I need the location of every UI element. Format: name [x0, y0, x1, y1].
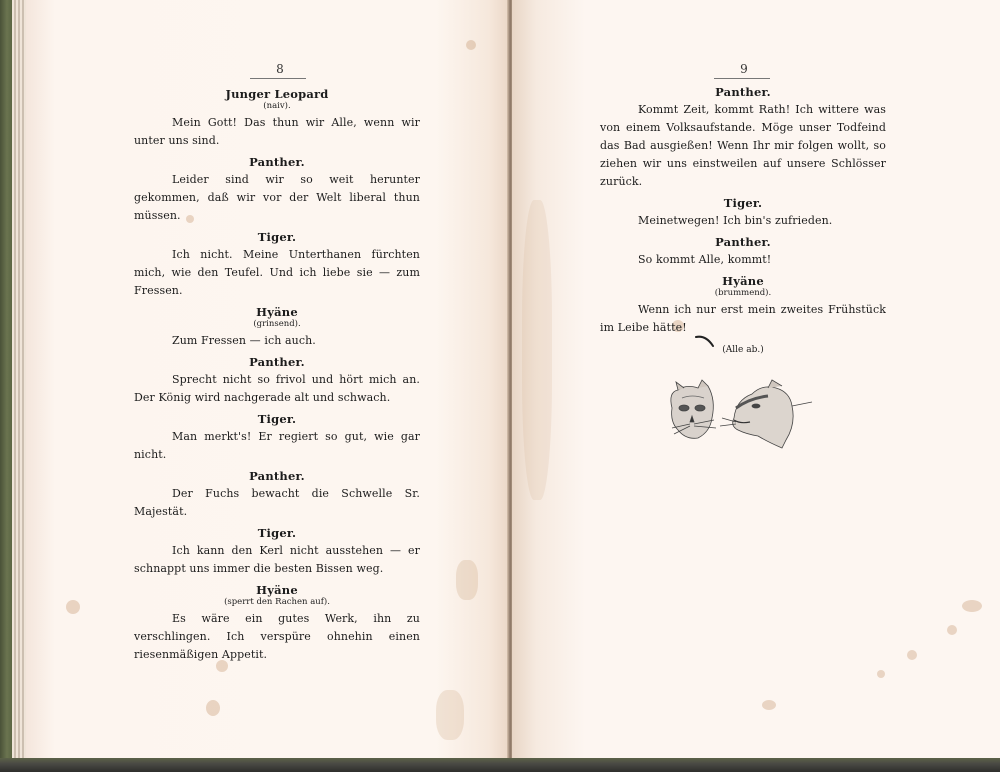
dialogue-block: Hyäne (sperrt den Rachen auf). Es wäre e… — [134, 582, 420, 664]
speech-text: Zum Fressen — ich auch. — [134, 332, 420, 350]
left-page-text: Junger Leopard (naiv). Mein Gott! Das th… — [134, 86, 420, 668]
dialogue-block: Tiger. Meinetwegen! Ich bin's zufrieden. — [600, 195, 886, 230]
dialogue-block: Tiger. Ich nicht. Meine Unterthanen fürc… — [134, 229, 420, 300]
speech-text: Wenn ich nur erst mein zweites Frühstück… — [600, 301, 886, 337]
ink-stroke-icon — [694, 334, 716, 348]
speech-text: Ich nicht. Meine Unterthanen fürchten mi… — [134, 246, 420, 300]
stage-direction: (naiv). — [134, 101, 420, 112]
page-number-left: 8 — [250, 62, 310, 76]
speech-text: Mein Gott! Das thun wir Alle, wenn wir u… — [134, 114, 420, 150]
speaker-name: Panther. — [134, 154, 420, 171]
book-bottom-edge — [0, 758, 1000, 772]
dialogue-block: Panther. Der Fuchs bewacht die Schwelle … — [134, 468, 420, 521]
speech-text: Man merkt's! Er regiert so gut, wie gar … — [134, 428, 420, 464]
stage-direction: (grinsend). — [134, 319, 420, 330]
speech-text: So kommt Alle, kommt! — [600, 251, 886, 269]
dialogue-block: Tiger. Man merkt's! Er regiert so gut, w… — [134, 411, 420, 464]
exit-direction: (Alle ab.) — [600, 345, 886, 355]
big-cats-illustration-icon — [664, 378, 814, 453]
speech-text: Es wäre ein gutes Werk, ihn zu verschlin… — [134, 610, 420, 664]
speaker-name: Tiger. — [134, 411, 420, 428]
speech-text: Leider sind wir so weit herunter gekomme… — [134, 171, 420, 225]
stage-direction: (sperrt den Rachen auf). — [134, 597, 420, 608]
dialogue-block: Panther. Kommt Zeit, kommt Rath! Ich wit… — [600, 84, 886, 191]
right-page-text: Panther. Kommt Zeit, kommt Rath! Ich wit… — [600, 84, 886, 364]
stage-direction: (brummend). — [600, 288, 886, 299]
speaker-name: Panther. — [600, 84, 886, 101]
dialogue-block: Panther. So kommt Alle, kommt! — [600, 234, 886, 269]
dialogue-block: Panther. Leider sind wir so weit herunte… — [134, 154, 420, 225]
dialogue-block: Tiger. Ich kann den Kerl nicht ausstehen… — [134, 525, 420, 578]
header-rule-right — [714, 78, 770, 79]
speaker-name: Tiger. — [134, 525, 420, 542]
speech-text: Kommt Zeit, kommt Rath! Ich wittere was … — [600, 101, 886, 191]
dialogue-block: Panther. Sprecht nicht so frivol und hör… — [134, 354, 420, 407]
speech-text: Sprecht nicht so frivol und hört mich an… — [134, 371, 420, 407]
speaker-name: Panther. — [134, 354, 420, 371]
dialogue-block: Hyäne (grinsend). Zum Fressen — ich auch… — [134, 304, 420, 350]
speaker-name: Tiger. — [600, 195, 886, 212]
speech-text: Meinetwegen! Ich bin's zufrieden. — [600, 212, 886, 230]
page-number-right: 9 — [714, 62, 774, 76]
speaker-name: Panther. — [600, 234, 886, 251]
speaker-name: Tiger. — [134, 229, 420, 246]
speaker-name: Panther. — [134, 468, 420, 485]
speech-text: Ich kann den Kerl nicht ausstehen — er s… — [134, 542, 420, 578]
speech-text: Der Fuchs bewacht die Schwelle Sr. Majes… — [134, 485, 420, 521]
dialogue-block: Junger Leopard (naiv). Mein Gott! Das th… — [134, 86, 420, 150]
header-rule-left — [250, 78, 306, 79]
dialogue-block: Hyäne (brummend). Wenn ich nur erst mein… — [600, 273, 886, 337]
